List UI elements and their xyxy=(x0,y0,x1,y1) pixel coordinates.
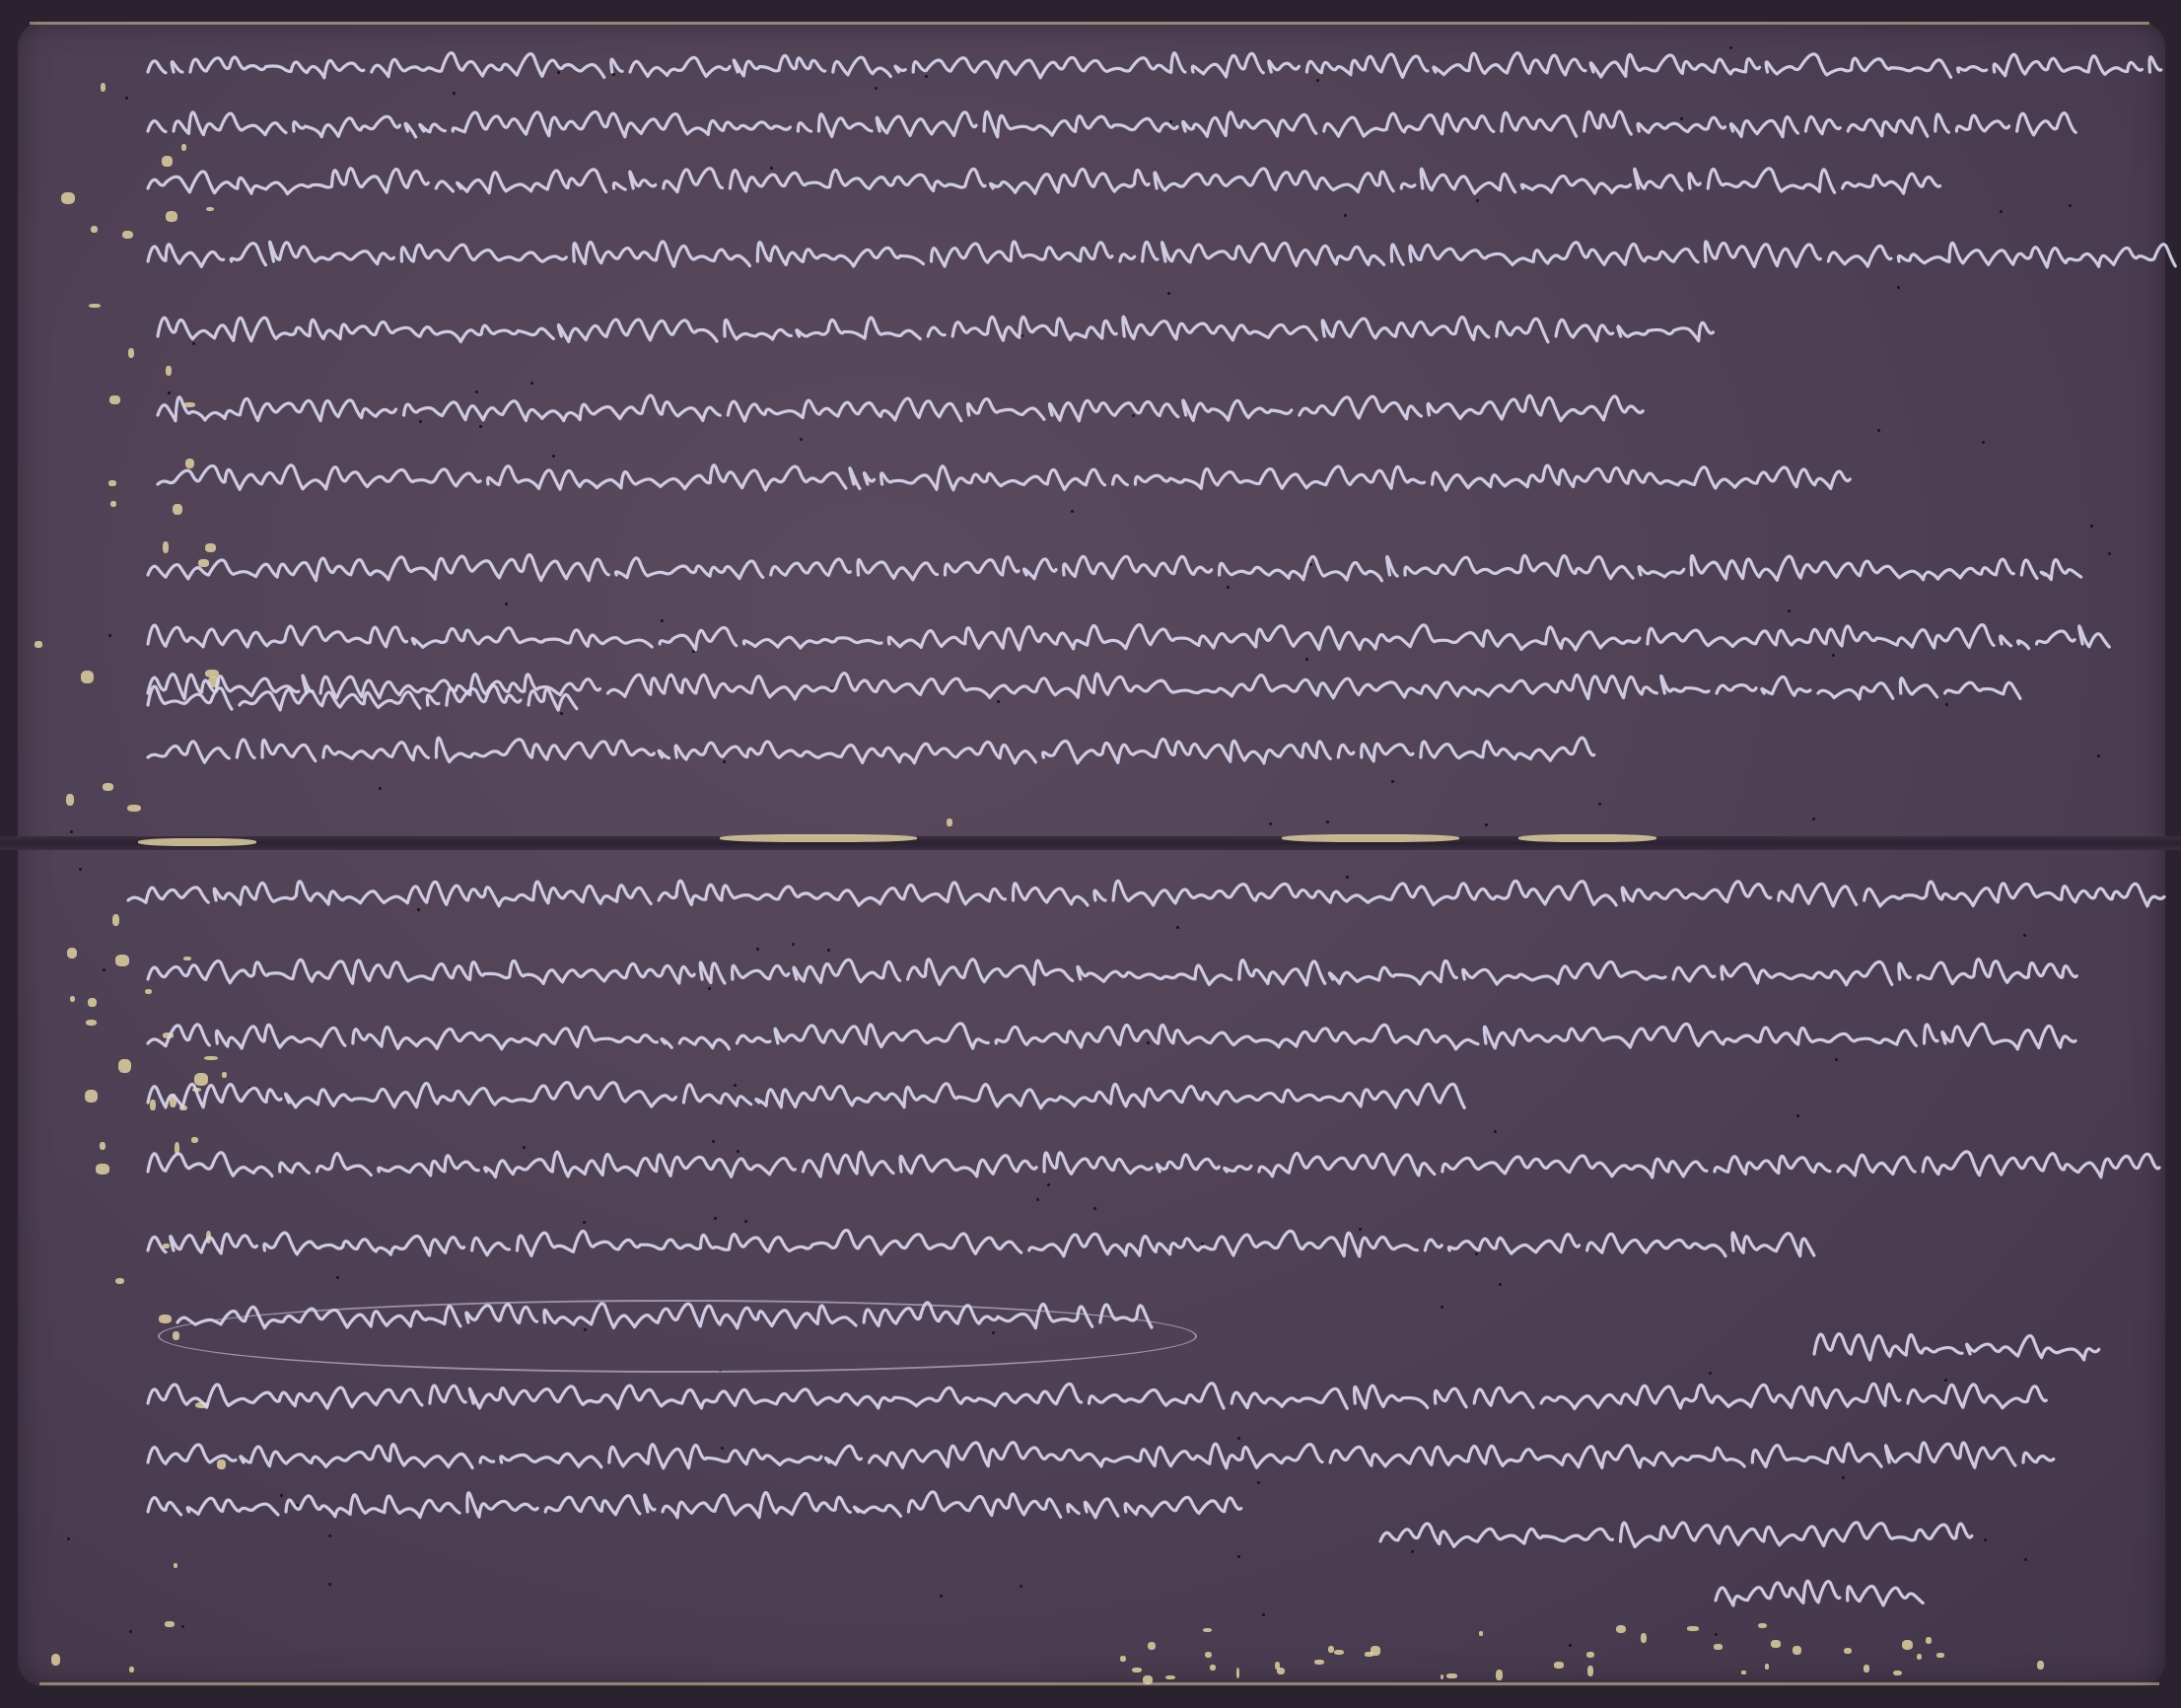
paper-flake xyxy=(66,794,74,806)
paper-flake xyxy=(1205,1652,1212,1659)
paper-flake xyxy=(720,834,917,842)
ink-speck xyxy=(552,455,555,458)
ink-speck xyxy=(1093,1207,1096,1210)
ink-speck xyxy=(1835,1058,1838,1061)
ink-speck xyxy=(523,1146,526,1149)
paper-flake xyxy=(1120,1656,1126,1663)
paper-flake xyxy=(1518,834,1656,842)
paper-flake xyxy=(1441,1674,1444,1679)
script-line xyxy=(148,242,2159,275)
paper-flake xyxy=(128,348,134,358)
paper-flake xyxy=(110,501,116,507)
ink-speck xyxy=(1237,1555,1240,1558)
paper-flake xyxy=(1793,1646,1801,1655)
paper-flake xyxy=(129,1667,134,1672)
paper-flake xyxy=(108,480,115,487)
paper-flake xyxy=(1479,1631,1483,1636)
paper-flake xyxy=(1132,1668,1142,1672)
ink-speck xyxy=(744,1220,747,1223)
paper-flake xyxy=(1165,1675,1175,1679)
paper-flake xyxy=(1236,1668,1239,1678)
paper-flake xyxy=(51,1654,61,1666)
ink-speck xyxy=(661,619,664,622)
paper-flake xyxy=(1446,1673,1456,1678)
script-line xyxy=(158,464,1834,498)
paper-flake xyxy=(138,838,256,846)
paper-flake xyxy=(2037,1661,2044,1671)
ink-speck xyxy=(756,948,759,951)
script-line xyxy=(148,1492,1232,1526)
circled-passage xyxy=(158,1300,1197,1373)
ink-speck xyxy=(181,1625,184,1628)
ink-speck xyxy=(70,830,73,833)
ink-speck xyxy=(1344,214,1347,217)
paper-flake xyxy=(61,192,75,205)
ink-speck xyxy=(583,1221,586,1224)
paper-flake xyxy=(1714,1644,1723,1649)
paper-flake xyxy=(1936,1653,1944,1657)
paper-flake xyxy=(947,818,952,826)
paper-flake xyxy=(205,543,216,552)
paper-flake xyxy=(1926,1637,1932,1644)
paper-flake xyxy=(1277,1668,1285,1675)
script-line xyxy=(148,1083,1469,1116)
ink-speck xyxy=(2097,754,2100,757)
paper-flake xyxy=(191,1137,198,1143)
ink-speck xyxy=(1709,1372,1712,1375)
paper-flake xyxy=(35,641,42,647)
ink-speck xyxy=(1569,1644,1572,1647)
ink-speck xyxy=(1237,1437,1240,1440)
script-line xyxy=(148,1443,2041,1476)
paper-flake xyxy=(103,783,113,790)
script-line xyxy=(148,960,2080,993)
ink-speck xyxy=(1982,441,1985,444)
paper-flake xyxy=(91,226,98,233)
ink-speck xyxy=(2000,210,2003,213)
ink-speck xyxy=(129,1630,132,1633)
ink-speck xyxy=(1257,1481,1260,1484)
script-line xyxy=(158,317,1696,350)
ink-speck xyxy=(505,603,508,605)
paper-flake xyxy=(101,83,106,92)
paper-flake xyxy=(1282,834,1459,842)
paper-flake xyxy=(163,541,169,553)
paper-flake xyxy=(1314,1660,1323,1665)
paper-flake xyxy=(115,955,129,965)
paper-flake xyxy=(109,395,120,404)
ink-speck xyxy=(1715,1633,1718,1636)
paper-flake xyxy=(89,304,101,308)
script-line xyxy=(148,52,2159,86)
script-line xyxy=(158,395,1637,429)
paper-flake xyxy=(1328,1646,1334,1653)
paper-flake xyxy=(1148,1642,1156,1650)
paper-flake xyxy=(166,211,177,222)
script-line xyxy=(148,169,1923,202)
script-line xyxy=(148,1152,2159,1185)
paper-flake xyxy=(173,504,181,515)
script-line xyxy=(148,1384,2041,1417)
paper-flake xyxy=(1334,1650,1345,1655)
ink-speck xyxy=(336,1276,339,1279)
ink-speck xyxy=(2090,525,2093,528)
paper-flake xyxy=(1143,1675,1153,1684)
sheet-bottom-edge xyxy=(39,1682,2159,1685)
script-line xyxy=(148,624,2100,658)
paper-flake xyxy=(159,1315,172,1323)
paper-flake xyxy=(100,1142,106,1150)
paper-flake xyxy=(1587,1666,1593,1676)
script-line xyxy=(148,738,1587,771)
script-line xyxy=(148,111,2080,145)
marginal-note xyxy=(1814,1334,2090,1368)
paper-flake xyxy=(166,366,171,376)
ink-speck xyxy=(1176,926,1179,929)
sheet-top-edge xyxy=(30,22,2149,25)
paper-flake xyxy=(85,1090,98,1103)
ink-speck xyxy=(1167,292,1170,295)
fold-crease xyxy=(0,836,2181,850)
script-line xyxy=(148,555,2080,589)
script-line xyxy=(128,881,2159,914)
ink-speck xyxy=(800,438,803,441)
paper-flake xyxy=(112,914,119,926)
marginal-note xyxy=(1380,1522,1972,1555)
ink-speck xyxy=(1269,822,1272,825)
paper-flake xyxy=(1864,1665,1869,1672)
paper-flake xyxy=(70,996,75,1002)
paper-flake xyxy=(1902,1640,1913,1651)
ink-speck xyxy=(453,92,456,95)
paper-flake xyxy=(162,156,173,167)
paper-flake xyxy=(165,1621,175,1627)
ink-speck xyxy=(103,968,106,971)
ink-speck xyxy=(1499,1283,1502,1286)
paper-flake xyxy=(1771,1640,1780,1647)
paper-flake xyxy=(86,1020,97,1026)
paper-flake xyxy=(1371,1646,1380,1655)
ink-speck xyxy=(1036,1198,1039,1201)
ink-speck xyxy=(108,634,111,637)
paper-flake xyxy=(1741,1671,1746,1674)
script-line xyxy=(148,685,562,719)
paper-flake xyxy=(81,671,94,683)
paper-flake xyxy=(222,1072,226,1078)
ink-speck xyxy=(1842,1476,1845,1479)
paper-flake xyxy=(1203,1628,1212,1632)
paper-flake xyxy=(118,1059,131,1073)
paper-flake xyxy=(96,1164,109,1174)
paper-flake xyxy=(1765,1664,1769,1670)
ink-speck xyxy=(1729,46,1732,49)
paper-flake xyxy=(1554,1662,1564,1669)
script-line xyxy=(148,1231,1804,1264)
ink-speck xyxy=(940,1595,943,1598)
paper-flake xyxy=(115,1278,124,1285)
paper-flake xyxy=(127,805,141,813)
ink-speck xyxy=(328,1534,331,1537)
ink-speck xyxy=(475,391,478,393)
paper-flake xyxy=(88,998,97,1007)
script-line xyxy=(148,1024,2061,1057)
paper-flake xyxy=(1687,1626,1699,1630)
ink-speck xyxy=(1441,1306,1443,1309)
marginal-note xyxy=(1716,1581,1913,1614)
paper-flake xyxy=(1641,1633,1647,1644)
